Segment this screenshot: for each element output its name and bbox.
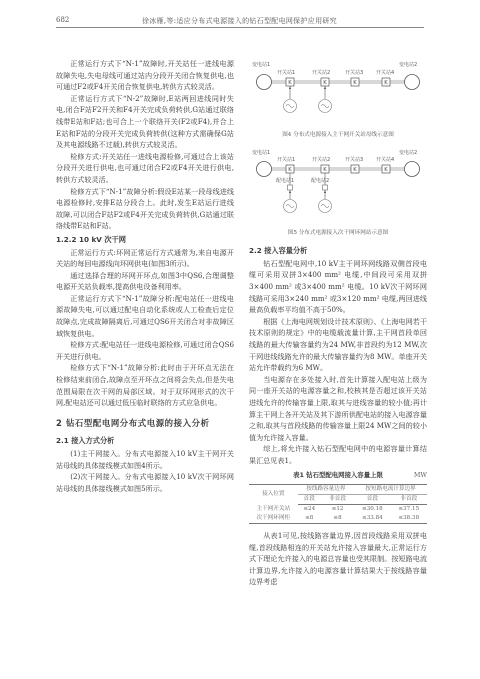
section-heading-2-2: 2.2 接入容量分析: [249, 245, 427, 257]
substation-2-label: 变电站2: [399, 61, 417, 68]
paragraph: 从表1可见,按线路容量边界,因首段线路采用双拼电缆,首段线路相连的开关站允许接入…: [249, 530, 427, 588]
table-subheader: 非首段: [391, 495, 427, 505]
paragraph: 通过选择合理的环网开环点,如图3中QS6,合理调整电源开关站负载率,提高供电设备…: [56, 270, 234, 293]
distribution-station-1-icon: [288, 185, 293, 190]
figure-5-svg: 变电站1 变电站2 开关站1 开关站2 开关站3 开关站4 配电站1 配电站2 …: [249, 148, 427, 226]
paragraph: 当电源存在多处接入时,首先计算接入配电站上级为同一座开关站的电源容量之和,校核其…: [249, 374, 427, 444]
paragraph: 正常运行方式:环网正常运行方式通常为,来自电源开关站的每回电源线向环网供电(如图…: [56, 247, 234, 270]
substation-2-icon: [405, 161, 420, 176]
header-rule: [56, 27, 424, 28]
section-heading-2: 2 钻石型配电网分布式电源的接入分析: [56, 418, 234, 430]
paragraph: (1)主干网接入。分布式电源接入10 kV主干网开关站母线的具体接线模式如图4所…: [56, 448, 234, 471]
figure-4-svg: 变电站1 变电站2 开关站1 开关站2 开关站3 开关站4 K K K: [249, 58, 427, 128]
switch-station-1-label: 开关站1: [277, 156, 295, 163]
table-group-header: 按短路电流计算边界: [354, 485, 427, 495]
table-group-header: 按线路容量边界: [298, 485, 355, 495]
table-subheader: 首段: [298, 495, 321, 505]
paragraph: 正常运行方式下“N-1”故障时,开关站任一进线电源故障失电,失电母线可通过站内分…: [56, 58, 234, 93]
figure-4-caption: 图4 分布式电源接入主干网开关站母线示意图: [249, 130, 427, 142]
substation-1-label: 变电站1: [252, 61, 270, 68]
switch-station-3-label: 开关站3: [345, 156, 363, 163]
svg-text:K: K: [288, 80, 292, 86]
substation-1-icon: [257, 75, 272, 90]
figure-5-caption: 图5 分布式电源接入次干网环网站示意图: [249, 228, 427, 240]
paragraph: 综上,将允许接入钻石型配电网中的电源容量计算结果汇总见表1。: [249, 443, 427, 466]
svg-text:K: K: [384, 167, 388, 173]
figure-5-diagram: 变电站1 变电站2 开关站1 开关站2 开关站3 开关站4 配电站1 配电站2 …: [249, 148, 427, 226]
svg-text:K: K: [323, 167, 327, 173]
table-subheader: 首段: [354, 495, 390, 505]
left-column: 正常运行方式下“N-1”故障时,开关站任一进线电源故障失电,失电母线可通过站内分…: [56, 58, 234, 494]
switch-station-3-label: 开关站3: [345, 69, 363, 76]
substation-1-icon: [257, 161, 272, 176]
figure-4-diagram: 变电站1 变电站2 开关站1 开关站2 开关站3 开关站4 K K K: [249, 58, 427, 128]
paragraph: 检修方式:开关站任一进线电源检修,可通过合上该站分段开关进行供电,也可通过闭合F…: [56, 151, 234, 186]
svg-text:K: K: [323, 80, 327, 86]
table-1-caption: 表1 钻石型配电网接入容量上限 MW: [249, 470, 427, 482]
substation-2-icon: [405, 75, 420, 90]
svg-text:K: K: [384, 80, 388, 86]
switch-station-1-label: 开关站1: [277, 69, 295, 76]
table-subheader: 非首段: [321, 495, 354, 505]
page-number: 682: [56, 16, 69, 24]
section-heading-2-1: 2.1 接入方式分析: [56, 435, 234, 447]
right-column: 变电站1 变电站2 开关站1 开关站2 开关站3 开关站4 K K K: [249, 58, 427, 588]
switch-station-4-label: 开关站4: [376, 156, 394, 163]
table-row: 主干网开关站 ≤24 ≤12 ≤30.18 ≤37.15: [249, 505, 427, 515]
paragraph: 检修方式:配电站任一进线电源检修,可通过闭合QS6开关进行供电。: [56, 339, 234, 362]
paragraph: 检修方式下“N-1”故障分析:此时由于开环点无法在检修结束前闭合,故障点至开环点…: [56, 362, 234, 408]
section-heading-1-2-2: 1.2.2 10 kV 次干网: [56, 234, 234, 246]
distribution-station-1-label: 配电站1: [276, 177, 294, 184]
table-row: 次干网环网柜 ≤8 ≤8 ≤33.84 ≤38.38: [249, 514, 427, 524]
svg-text:K: K: [288, 167, 292, 173]
table-1: 接入位置 按线路容量边界 按短路电流计算边界 首段 非首段 首段 非首段 主干网…: [249, 484, 427, 524]
svg-text:K: K: [353, 80, 357, 86]
distribution-station-2-label: 配电站2: [311, 177, 329, 184]
paragraph: 检修方式下“N-1”故障分析:假设E站某一段母线进线电源检修时,安排E站分段合上…: [56, 186, 234, 232]
table-1-unit: MW: [414, 470, 427, 482]
switch-station-4-label: 开关站4: [376, 69, 394, 76]
switch-station-2-label: 开关站2: [312, 156, 330, 163]
substation-2-label: 变电站2: [399, 149, 417, 156]
paragraph: 正常运行方式下“N-1”故障分析:配电站任一进线电源故障失电,可以通过配电自动化…: [56, 293, 234, 339]
svg-text:K: K: [353, 167, 357, 173]
paragraph: (2)次干网接入。分布式电源接入10 kV次干网环网站母线的具体接线模式如图5所…: [56, 471, 234, 494]
substation-1-label: 变电站1: [252, 149, 270, 156]
running-title: 徐冰雁,等:适应分布式电源接入的钻石型配电网保护应用研究: [142, 16, 337, 26]
paragraph: 正常运行方式下“N-2”故障时,E站两回进线同时失电,闭合F站F2开关和F4开关…: [56, 93, 234, 151]
paragraph: 根据《上海电网规划设计技术原则》、《上海电网若干技术原则的规定》中的电缆载流量计…: [249, 316, 427, 374]
table-row-header: 接入位置: [249, 485, 298, 505]
switch-station-2-label: 开关站2: [312, 69, 330, 76]
distribution-station-2-icon: [323, 185, 328, 190]
paragraph: 钻石型配电网中,10 kV主干网环网线路双侧首段电缆可采用双拼3×400 mm²…: [249, 258, 427, 316]
